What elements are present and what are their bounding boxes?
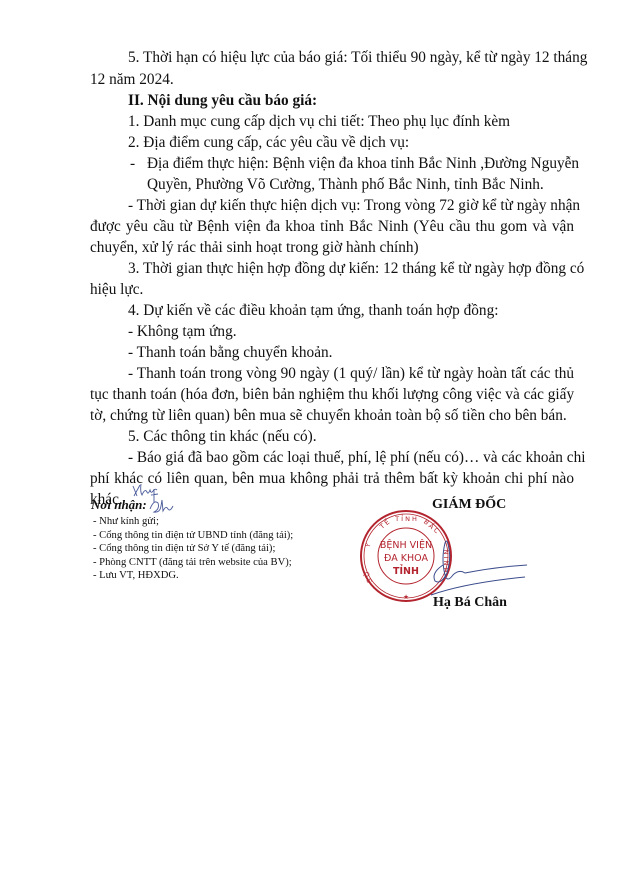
payment-terms-line-3: tờ, chứng từ liên quan) bên mua sẽ chuyể… — [90, 406, 567, 426]
recipient-item: - Phòng CNTT (đăng tải trên website của … — [93, 556, 292, 570]
service-time-line-2: được yêu cầu từ Bệnh viện đa khoa tỉnh B… — [90, 217, 574, 237]
validity-line-1: 5. Thời hạn có hiệu lực của báo giá: Tối… — [128, 48, 574, 68]
recipient-item: - Cổng thông tin điện tử Sở Y tế (đăng t… — [93, 542, 275, 556]
section-2-item-2: 2. Địa điểm cung cấp, các yêu cầu về dịc… — [128, 133, 409, 153]
svg-text:S Ở: S Ở — [360, 570, 374, 585]
payment-terms-line-2: tục thanh toán (hóa đơn, biên bản nghiệm… — [90, 385, 574, 405]
seal-line-3: TỈNH — [393, 565, 419, 577]
contract-duration-line-2: hiệu lực. — [90, 280, 143, 300]
recipients-initials-icon — [148, 497, 174, 515]
section-2-heading: II. Nội dung yêu cầu báo giá: — [128, 91, 317, 111]
svg-text:★: ★ — [403, 593, 409, 601]
service-time-line-1: - Thời gian dự kiến thực hiện dịch vụ: T… — [128, 196, 574, 216]
recipient-item: - Lưu VT, HĐXDG. — [93, 569, 179, 583]
seal-line-2: ĐA KHOA — [384, 553, 428, 564]
recipients-title: Nơi nhận: — [91, 497, 147, 513]
recipient-item: - Cổng thông tin điện tử UBND tỉnh (đăng… — [93, 529, 293, 543]
service-time-line-3: chuyển, xử lý rác thải sinh hoạt trong g… — [90, 238, 419, 258]
recipient-item: - Như kính gửi; — [93, 515, 159, 529]
section-2-item-1: 1. Danh mục cung cấp dịch vụ chi tiết: T… — [128, 112, 510, 132]
director-signature-icon — [425, 525, 535, 600]
other-info-line-1: - Báo giá đã bao gồm các loại thuế, phí,… — [128, 448, 574, 468]
location-dash: - — [130, 154, 135, 174]
signatory-name: Hạ Bá Chân — [433, 595, 507, 611]
validity-line-2: 12 năm 2024. — [90, 70, 174, 90]
svg-text:T Ế: T Ế — [376, 516, 392, 531]
payment-transfer: - Thanh toán bằng chuyển khoản. — [128, 343, 332, 363]
payment-terms-line-1: - Thanh toán trong vòng 90 ngày (1 quý/ … — [128, 364, 574, 384]
location-line-2: Quyền, Phường Võ Cường, Thành phố Bắc Ni… — [147, 175, 544, 195]
location-line-1: Địa điểm thực hiện: Bệnh viện đa khoa tỉ… — [147, 154, 574, 174]
svg-text:T Ỉ N H: T Ỉ N H — [394, 514, 417, 523]
contract-duration-line-1: 3. Thời gian thực hiện hợp đồng dự kiến:… — [128, 259, 574, 279]
payment-terms-heading: 4. Dự kiến về các điều khoản tạm ứng, th… — [128, 301, 498, 321]
other-info-heading: 5. Các thông tin khác (nếu có). — [128, 427, 317, 447]
payment-no-advance: - Không tạm ứng. — [128, 322, 237, 342]
